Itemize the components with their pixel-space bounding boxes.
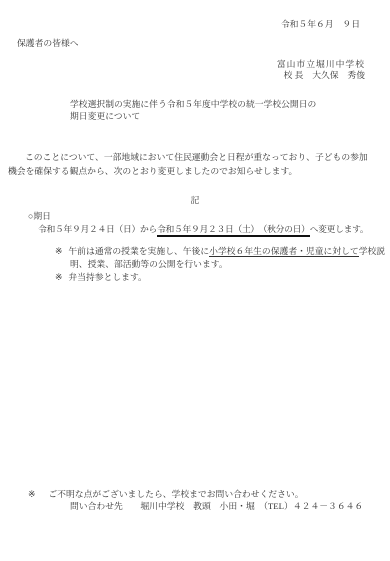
note-morning-classes-line1: ※午前は通常の授業を実施し、午後に小学校６年生の保護者・児童に対して学校説 <box>55 246 385 257</box>
document-title: 学校選択制の実施に伴う令和５年度中学校の統一学校公開日の 期日変更について <box>70 99 316 122</box>
footer-marker: ※ <box>28 489 35 499</box>
document-page: 令和５年６月 ９日 保護者の皆様へ 富山市立堀川中学校 校 長 大久保 秀俊 学… <box>0 0 390 561</box>
note1-pre-text: 午前は通常の授業を実施し、午後に <box>68 246 209 256</box>
footer-contact-line: 問い合わせ先 堀川中学校 教頭 小田・堀 （TEL）４２４－３６４６ <box>70 501 363 512</box>
schedule-new-date-underlined: 令和５年９月２３日（土） （秋分の日） <box>157 224 310 237</box>
body-paragraph-line2: 機会を確保する観点から、次のとおり変更しましたのでお知らせします。 <box>8 166 297 177</box>
schedule-old-date: 令和５年９月２４日（日）から <box>38 224 157 234</box>
document-title-line1: 学校選択制の実施に伴う令和５年度中学校の統一学校公開日の <box>70 99 316 111</box>
footer-inquiry-note: ※ご不明な点がございましたら、学校までお問い合わせください。 <box>28 489 304 500</box>
sender-principal-name: 校 長 大久保 秀俊 <box>277 70 365 81</box>
document-title-line2: 期日変更について <box>70 111 316 123</box>
note-marker: ※ <box>55 272 62 282</box>
document-date: 令和５年６月 ９日 <box>281 19 360 30</box>
note1-underlined-text: 小学校６年生の保護者・児童に対して <box>209 246 359 257</box>
note1-post-text: 学校説 <box>359 246 385 256</box>
schedule-change-suffix: へ変更します。 <box>310 224 369 234</box>
note2-text: 弁当持参とします。 <box>68 272 146 282</box>
note-morning-classes-line2: 明、授業、部活動等の公開を行います。 <box>70 259 228 270</box>
note-marker: ※ <box>55 246 62 256</box>
body-paragraph-line1: このことについて、一部地域において住民運動会と日程が重なっており、子どもの参加 <box>25 152 368 163</box>
schedule-change-line: 令和５年９月２４日（日）から令和５年９月２３日（土） （秋分の日）へ変更します。 <box>38 224 368 235</box>
note-bring-lunch: ※弁当持参とします。 <box>55 272 147 283</box>
addressee-line: 保護者の皆様へ <box>17 38 79 49</box>
sender-school-name: 富山市立堀川中学校 <box>277 59 365 70</box>
ki-marker: 記 <box>0 195 390 206</box>
footer-inquiry-text: ご不明な点がございましたら、学校までお問い合わせください。 <box>48 489 303 499</box>
schedule-heading: ○期日 <box>28 211 51 222</box>
sender-block: 富山市立堀川中学校 校 長 大久保 秀俊 <box>277 59 365 80</box>
